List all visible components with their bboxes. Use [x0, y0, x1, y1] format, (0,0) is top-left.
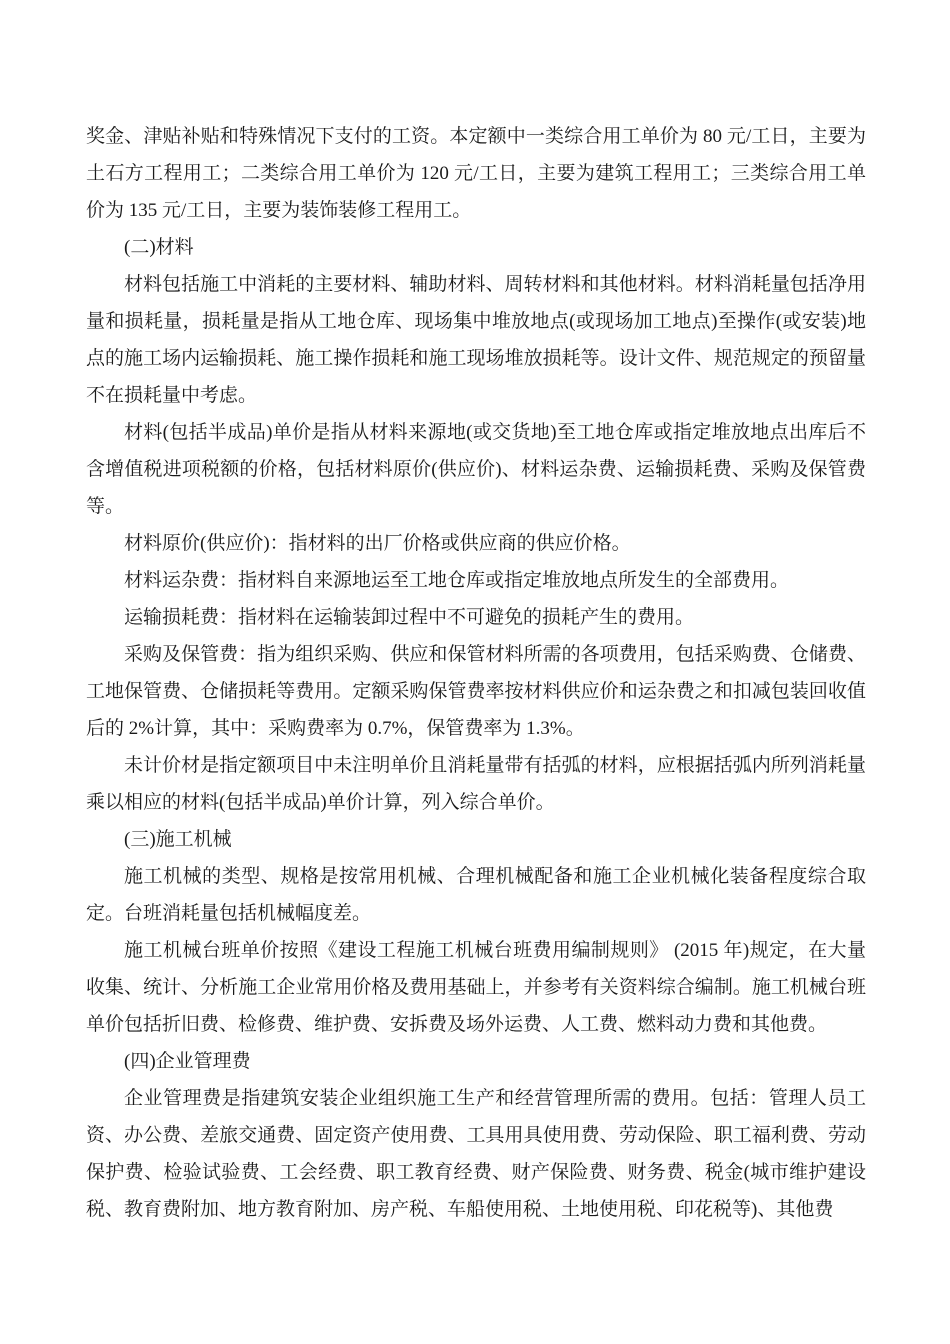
section-heading-machinery: (三)施工机械	[86, 821, 866, 858]
document-page: 奖金、津贴补贴和特殊情况下支付的工资。本定额中一类综合用工单价为 80 元/工日…	[0, 0, 950, 1344]
paragraph: 未计价材是指定额项目中未注明单价且消耗量带有括弧的材料，应根据括弧内所列消耗量乘…	[86, 747, 866, 821]
paragraph: 奖金、津贴补贴和特殊情况下支付的工资。本定额中一类综合用工单价为 80 元/工日…	[86, 118, 866, 229]
paragraph: 运输损耗费：指材料在运输装卸过程中不可避免的损耗产生的费用。	[86, 599, 866, 636]
section-heading-management-fee: (四)企业管理费	[86, 1043, 866, 1080]
paragraph: 材料运杂费：指材料自来源地运至工地仓库或指定堆放地点所发生的全部费用。	[86, 562, 866, 599]
paragraph: 施工机械台班单价按照《建设工程施工机械台班费用编制规则》 (2015 年)规定，…	[86, 932, 866, 1043]
paragraph: 材料(包括半成品)单价是指从材料来源地(或交货地)至工地仓库或指定堆放地点出库后…	[86, 414, 866, 525]
paragraph: 材料包括施工中消耗的主要材料、辅助材料、周转材料和其他材料。材料消耗量包括净用量…	[86, 266, 866, 414]
paragraph: 企业管理费是指建筑安装企业组织施工生产和经营管理所需的费用。包括：管理人员工资、…	[86, 1080, 866, 1228]
section-heading-materials: (二)材料	[86, 229, 866, 266]
paragraph: 材料原价(供应价)：指材料的出厂价格或供应商的供应价格。	[86, 525, 866, 562]
paragraph: 施工机械的类型、规格是按常用机械、合理机械配备和施工企业机械化装备程度综合取定。…	[86, 858, 866, 932]
paragraph: 采购及保管费：指为组织采购、供应和保管材料所需的各项费用，包括采购费、仓储费、工…	[86, 636, 866, 747]
